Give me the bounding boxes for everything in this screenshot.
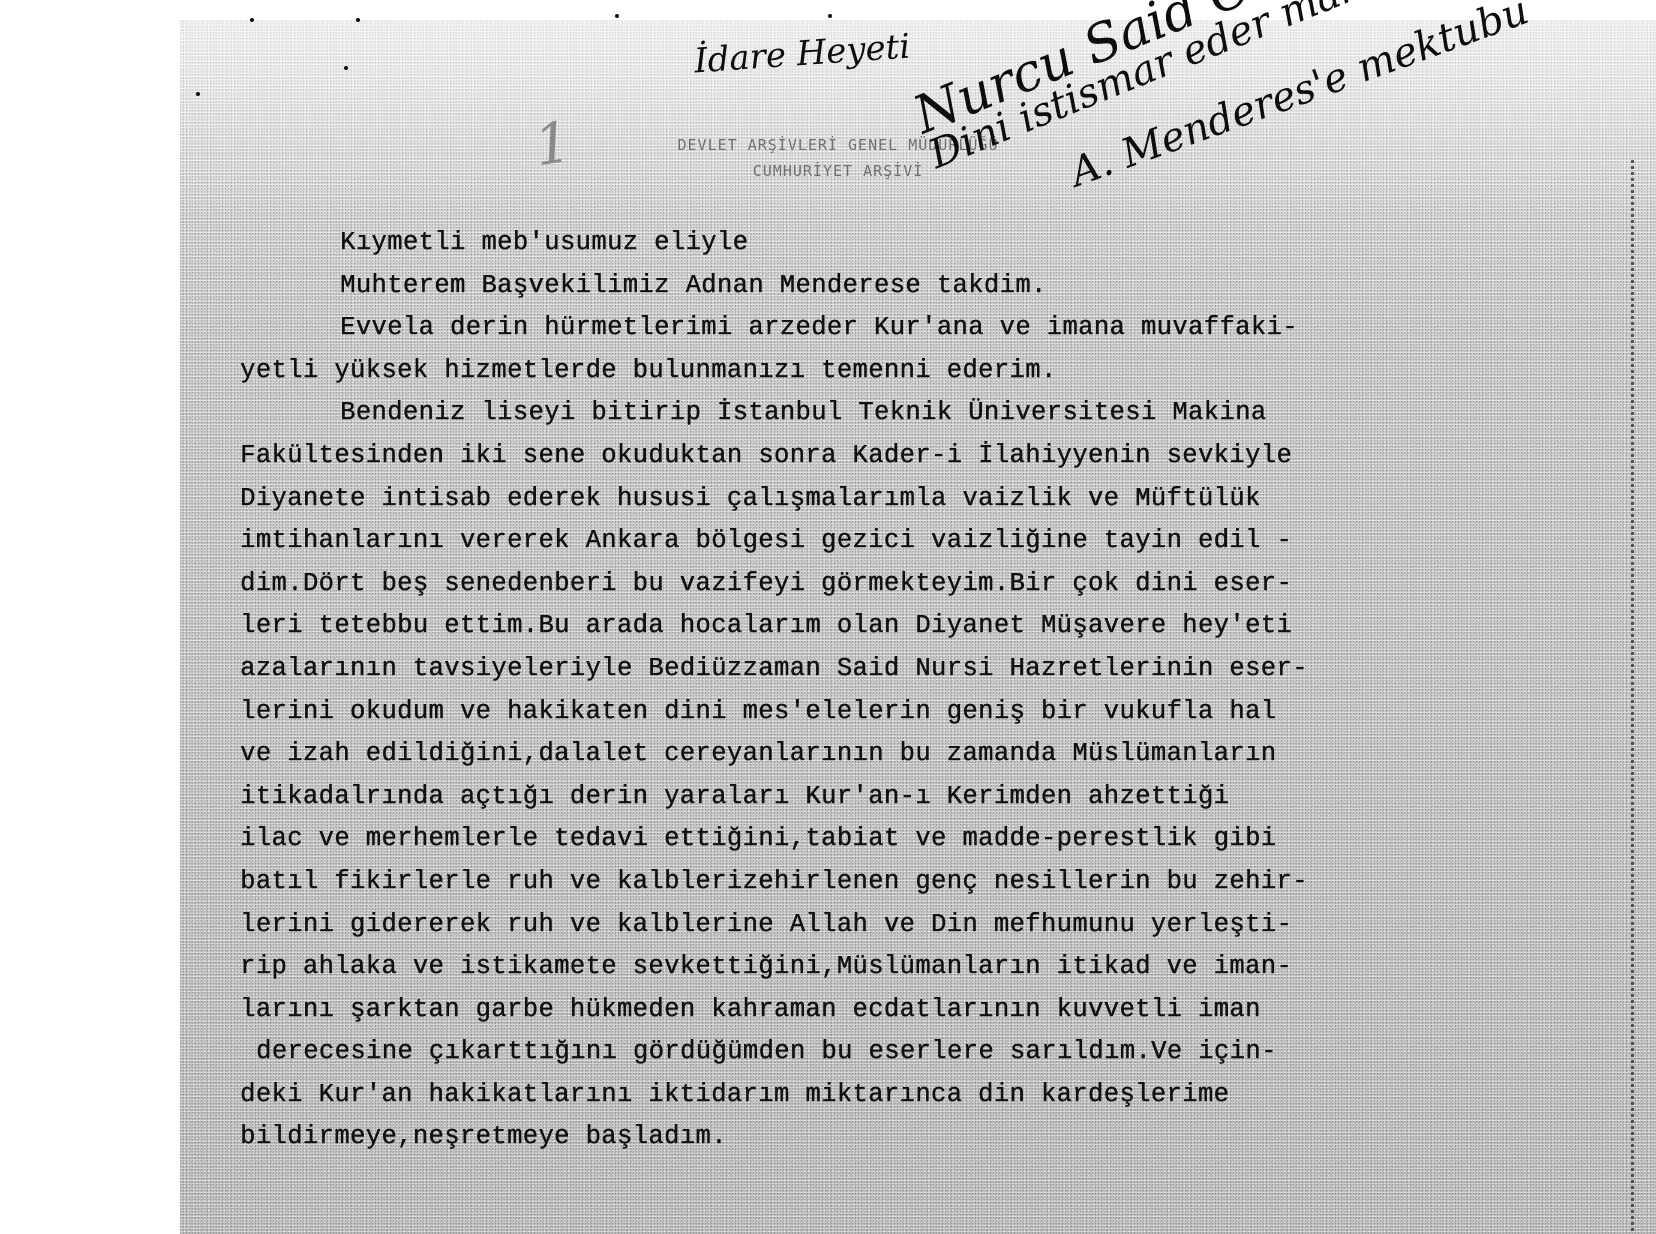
letter-line: larını şarktan garbe hükmeden kahraman e… <box>240 989 1440 1032</box>
letter-line: Muhterem Başvekilimiz Adnan Menderese ta… <box>240 265 1440 308</box>
letter-line: azalarının tavsiyeleriyle Bediüzzaman Sa… <box>240 648 1440 691</box>
letter-line: Diyanete intisab ederek hususi çalışmala… <box>240 478 1440 521</box>
letter-line: ve izah edildiğini,dalalet cereyanlarını… <box>240 733 1440 776</box>
ink-speck <box>250 18 254 22</box>
letter-line: imtihanlarını vererek Ankara bölgesi gez… <box>240 520 1440 563</box>
letter-line: leri tetebbu ettim.Bu arada hocalarım ol… <box>240 605 1440 648</box>
letter-line: dim.Dört beş senedenberi bu vazifeyi gör… <box>240 563 1440 606</box>
letter-line: Kıymetli meb'usumuz eliyle <box>240 222 1440 265</box>
letter-line: lerini okudum ve hakikaten dini mes'elel… <box>240 691 1440 734</box>
letter-line: lerini gidererek ruh ve kalblerine Allah… <box>240 904 1440 947</box>
ink-speck <box>344 66 348 70</box>
letter-line: ilac ve merhemlerle tedavi ettiğini,tabi… <box>240 818 1440 861</box>
ink-speck <box>356 18 360 22</box>
letter-line: rip ahlaka ve istikamete sevkettiğini,Mü… <box>240 946 1440 989</box>
letter-line: batıl fikirlerle ruh ve kalblerizehirlen… <box>240 861 1440 904</box>
letter-line: Fakültesinden iki sene okuduktan sonra K… <box>240 435 1440 478</box>
letter-line: itikadalrında açtığı derin yaraları Kur'… <box>240 776 1440 819</box>
scanned-document-page: 1 DEVLET ARŞİVLERİ GENEL MÜDÜRLÜĞÜ CUMHU… <box>180 20 1656 1234</box>
letter-line: derecesine çıkarttığını gördüğümden bu e… <box>240 1031 1440 1074</box>
ink-speck <box>196 92 200 96</box>
archive-stamp-line2: CUMHURİYET ARŞİVİ <box>628 158 1048 184</box>
page-edge <box>1631 160 1634 1234</box>
letter-line: yetli yüksek hizmetlerde bulunmanızı tem… <box>240 350 1440 393</box>
ink-speck <box>828 14 832 18</box>
letter-line: bildirmeye,neşretmeye başladım. <box>240 1116 1440 1159</box>
typewritten-letter-body: Kıymetli meb'usumuz eliyleMuhterem Başve… <box>240 222 1440 1159</box>
letter-line: Bendeniz liseyi bitirip İstanbul Teknik … <box>240 392 1440 435</box>
letter-line: Evvela derin hürmetlerimi arzeder Kur'an… <box>240 307 1440 350</box>
letter-line: deki Kur'an hakikatlarını iktidarım mikt… <box>240 1074 1440 1117</box>
ink-speck <box>615 14 619 18</box>
